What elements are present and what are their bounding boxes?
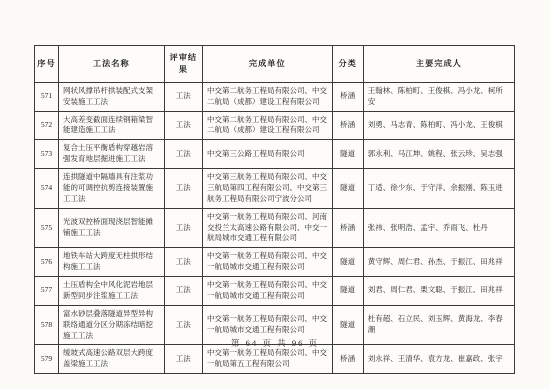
cell-method-name: 复合土压平衡盾构穿越岩溶强发育地层掘进施工工法: [59, 140, 165, 169]
cell-method-name: 缓坡式高速公路双层大跨度盖梁施工工法: [59, 345, 165, 374]
cell-review-result: 工法: [164, 277, 202, 306]
cell-main-contributors: 黄守辉、周仁君、孙杰、于振江、田兆祥: [363, 248, 514, 277]
cell-category: 隧道: [332, 277, 363, 306]
cell-method-name: 地铁车站大跨度无柱拱形结构施工工法: [59, 248, 165, 277]
cell-category: 桥涵: [332, 111, 363, 140]
table-row: 576地铁车站大跨度无柱拱形结构施工工法工法中交第一航务工程局有限公司、中交一航…: [35, 248, 515, 277]
cell-completing-unit: 中交第三航务工程局有限公司、中交三航局第四工程有限公司、中交第三航务工程局有限公…: [202, 169, 332, 209]
cell-completing-unit: 中交第二航务工程局有限公司、中交二航局（成都）建设工程有限公司: [202, 111, 332, 140]
cell-completing-unit: 中交第一航务工程局有限公司、中交一航局城市交通工程有限公司: [202, 248, 332, 277]
cell-completing-unit: 中交第一航务工程局有限公司、河南交投兰太高速公路有限公司、中交一航局城市交通工程…: [202, 208, 332, 248]
document-page: 序号 工法名称 评审结果 完成单位 分类 主要完成人 571网状风撑吊杆拱装配式…: [0, 0, 550, 389]
cell-category: 隧道: [332, 248, 363, 277]
cell-method-name: 连拱隧道中隔墙具有注浆功能的可调控抗剪连接装置施工工法: [59, 169, 165, 209]
table-header-row: 序号 工法名称 评审结果 完成单位 分类 主要完成人: [35, 46, 515, 83]
cell-main-contributors: 丁适、徐少东、于守洋、余振刚、陈玉进: [363, 169, 514, 209]
cell-method-name: 光波双控桥面现浇层智能摊铺施工工法: [59, 208, 165, 248]
table-row: 579缓坡式高速公路双层大跨度盖梁施工工法工法中交第一航务工程局有限公司、中交一…: [35, 345, 515, 374]
cell-review-result: 工法: [164, 248, 202, 277]
col-header-review-result: 评审结果: [164, 46, 202, 83]
table-row: 572大高差变截面连续钢箱梁智能建造施工工法工法中交第二航务工程局有限公司、中交…: [35, 111, 515, 140]
cell-serial-number: 577: [35, 277, 59, 306]
cell-category: 桥涵: [332, 345, 363, 374]
cell-serial-number: 576: [35, 248, 59, 277]
col-header-method-name: 工法名称: [59, 46, 165, 83]
cell-completing-unit: 中交第一航务工程局有限公司、中交一航局第五工程有限公司: [202, 345, 332, 374]
table-row: 574连拱隧道中隔墙具有注浆功能的可调控抗剪连接装置施工工法工法中交第三航务工程…: [35, 169, 515, 209]
cell-category: 桥涵: [332, 82, 363, 111]
cell-review-result: 工法: [164, 140, 202, 169]
cell-category: 桥涵: [332, 208, 363, 248]
cell-method-name: 土压盾构全中风化泥岩地层新型同步注浆施工工法: [59, 277, 165, 306]
cell-serial-number: 575: [35, 208, 59, 248]
cell-completing-unit: 中交第三公路工程局有限公司: [202, 140, 332, 169]
cell-main-contributors: 张祎、张明浩、孟宇、乔雨飞、杜丹: [363, 208, 514, 248]
col-header-category: 分类: [332, 46, 363, 83]
cell-serial-number: 571: [35, 82, 59, 111]
cell-review-result: 工法: [164, 208, 202, 248]
table-row: 571网状风撑吊杆拱装配式支架安装施工工法工法中交第二航务工程局有限公司、中交二…: [35, 82, 515, 111]
col-header-main-contributors: 主要完成人: [363, 46, 514, 83]
cell-method-name: 大高差变截面连续钢箱梁智能建造施工工法: [59, 111, 165, 140]
cell-serial-number: 573: [35, 140, 59, 169]
cell-category: 隧道: [332, 140, 363, 169]
cell-serial-number: 579: [35, 345, 59, 374]
table-row: 577土压盾构全中风化泥岩地层新型同步注浆施工工法工法中交第一航务工程局有限公司…: [35, 277, 515, 306]
page-number-indicator: 第 64 页 共 96 页: [0, 337, 550, 349]
cell-main-contributors: 王翰林、陈柏町、王俊棋、冯小龙、柯所安: [363, 82, 514, 111]
col-header-completing-unit: 完成单位: [202, 46, 332, 83]
cell-main-contributors: 刘君、周仁君、栗文聪、于振江、田兆祥: [363, 277, 514, 306]
col-header-serial-number: 序号: [35, 46, 59, 83]
cell-main-contributors: 郭永利、马江坤、姚程、张云珍、吴志强: [363, 140, 514, 169]
cell-review-result: 工法: [164, 345, 202, 374]
table-row: 575光波双控桥面现浇层智能摊铺施工工法工法中交第一航务工程局有限公司、河南交投…: [35, 208, 515, 248]
cell-serial-number: 572: [35, 111, 59, 140]
methods-table: 序号 工法名称 评审结果 完成单位 分类 主要完成人 571网状风撑吊杆拱装配式…: [34, 45, 515, 374]
cell-review-result: 工法: [164, 111, 202, 140]
cell-category: 隧道: [332, 169, 363, 209]
cell-main-contributors: 刘勇、马志青、陈柏町、冯小龙、王俊棋: [363, 111, 514, 140]
table-row: 573复合土压平衡盾构穿越岩溶强发育地层掘进施工工法工法中交第三公路工程局有限公…: [35, 140, 515, 169]
cell-main-contributors: 刘永祥、王清华、袁方龙、崔嘉政、张宇: [363, 345, 514, 374]
table-body: 571网状风撑吊杆拱装配式支架安装施工工法工法中交第二航务工程局有限公司、中交二…: [35, 82, 515, 373]
cell-serial-number: 574: [35, 169, 59, 209]
cell-completing-unit: 中交第二航务工程局有限公司、中交二航局（成都）建设工程有限公司: [202, 82, 332, 111]
cell-review-result: 工法: [164, 82, 202, 111]
cell-completing-unit: 中交第一航务工程局有限公司、中交一航局城市交通工程有限公司: [202, 277, 332, 306]
cell-method-name: 网状风撑吊杆拱装配式支架安装施工工法: [59, 82, 165, 111]
cell-review-result: 工法: [164, 169, 202, 209]
